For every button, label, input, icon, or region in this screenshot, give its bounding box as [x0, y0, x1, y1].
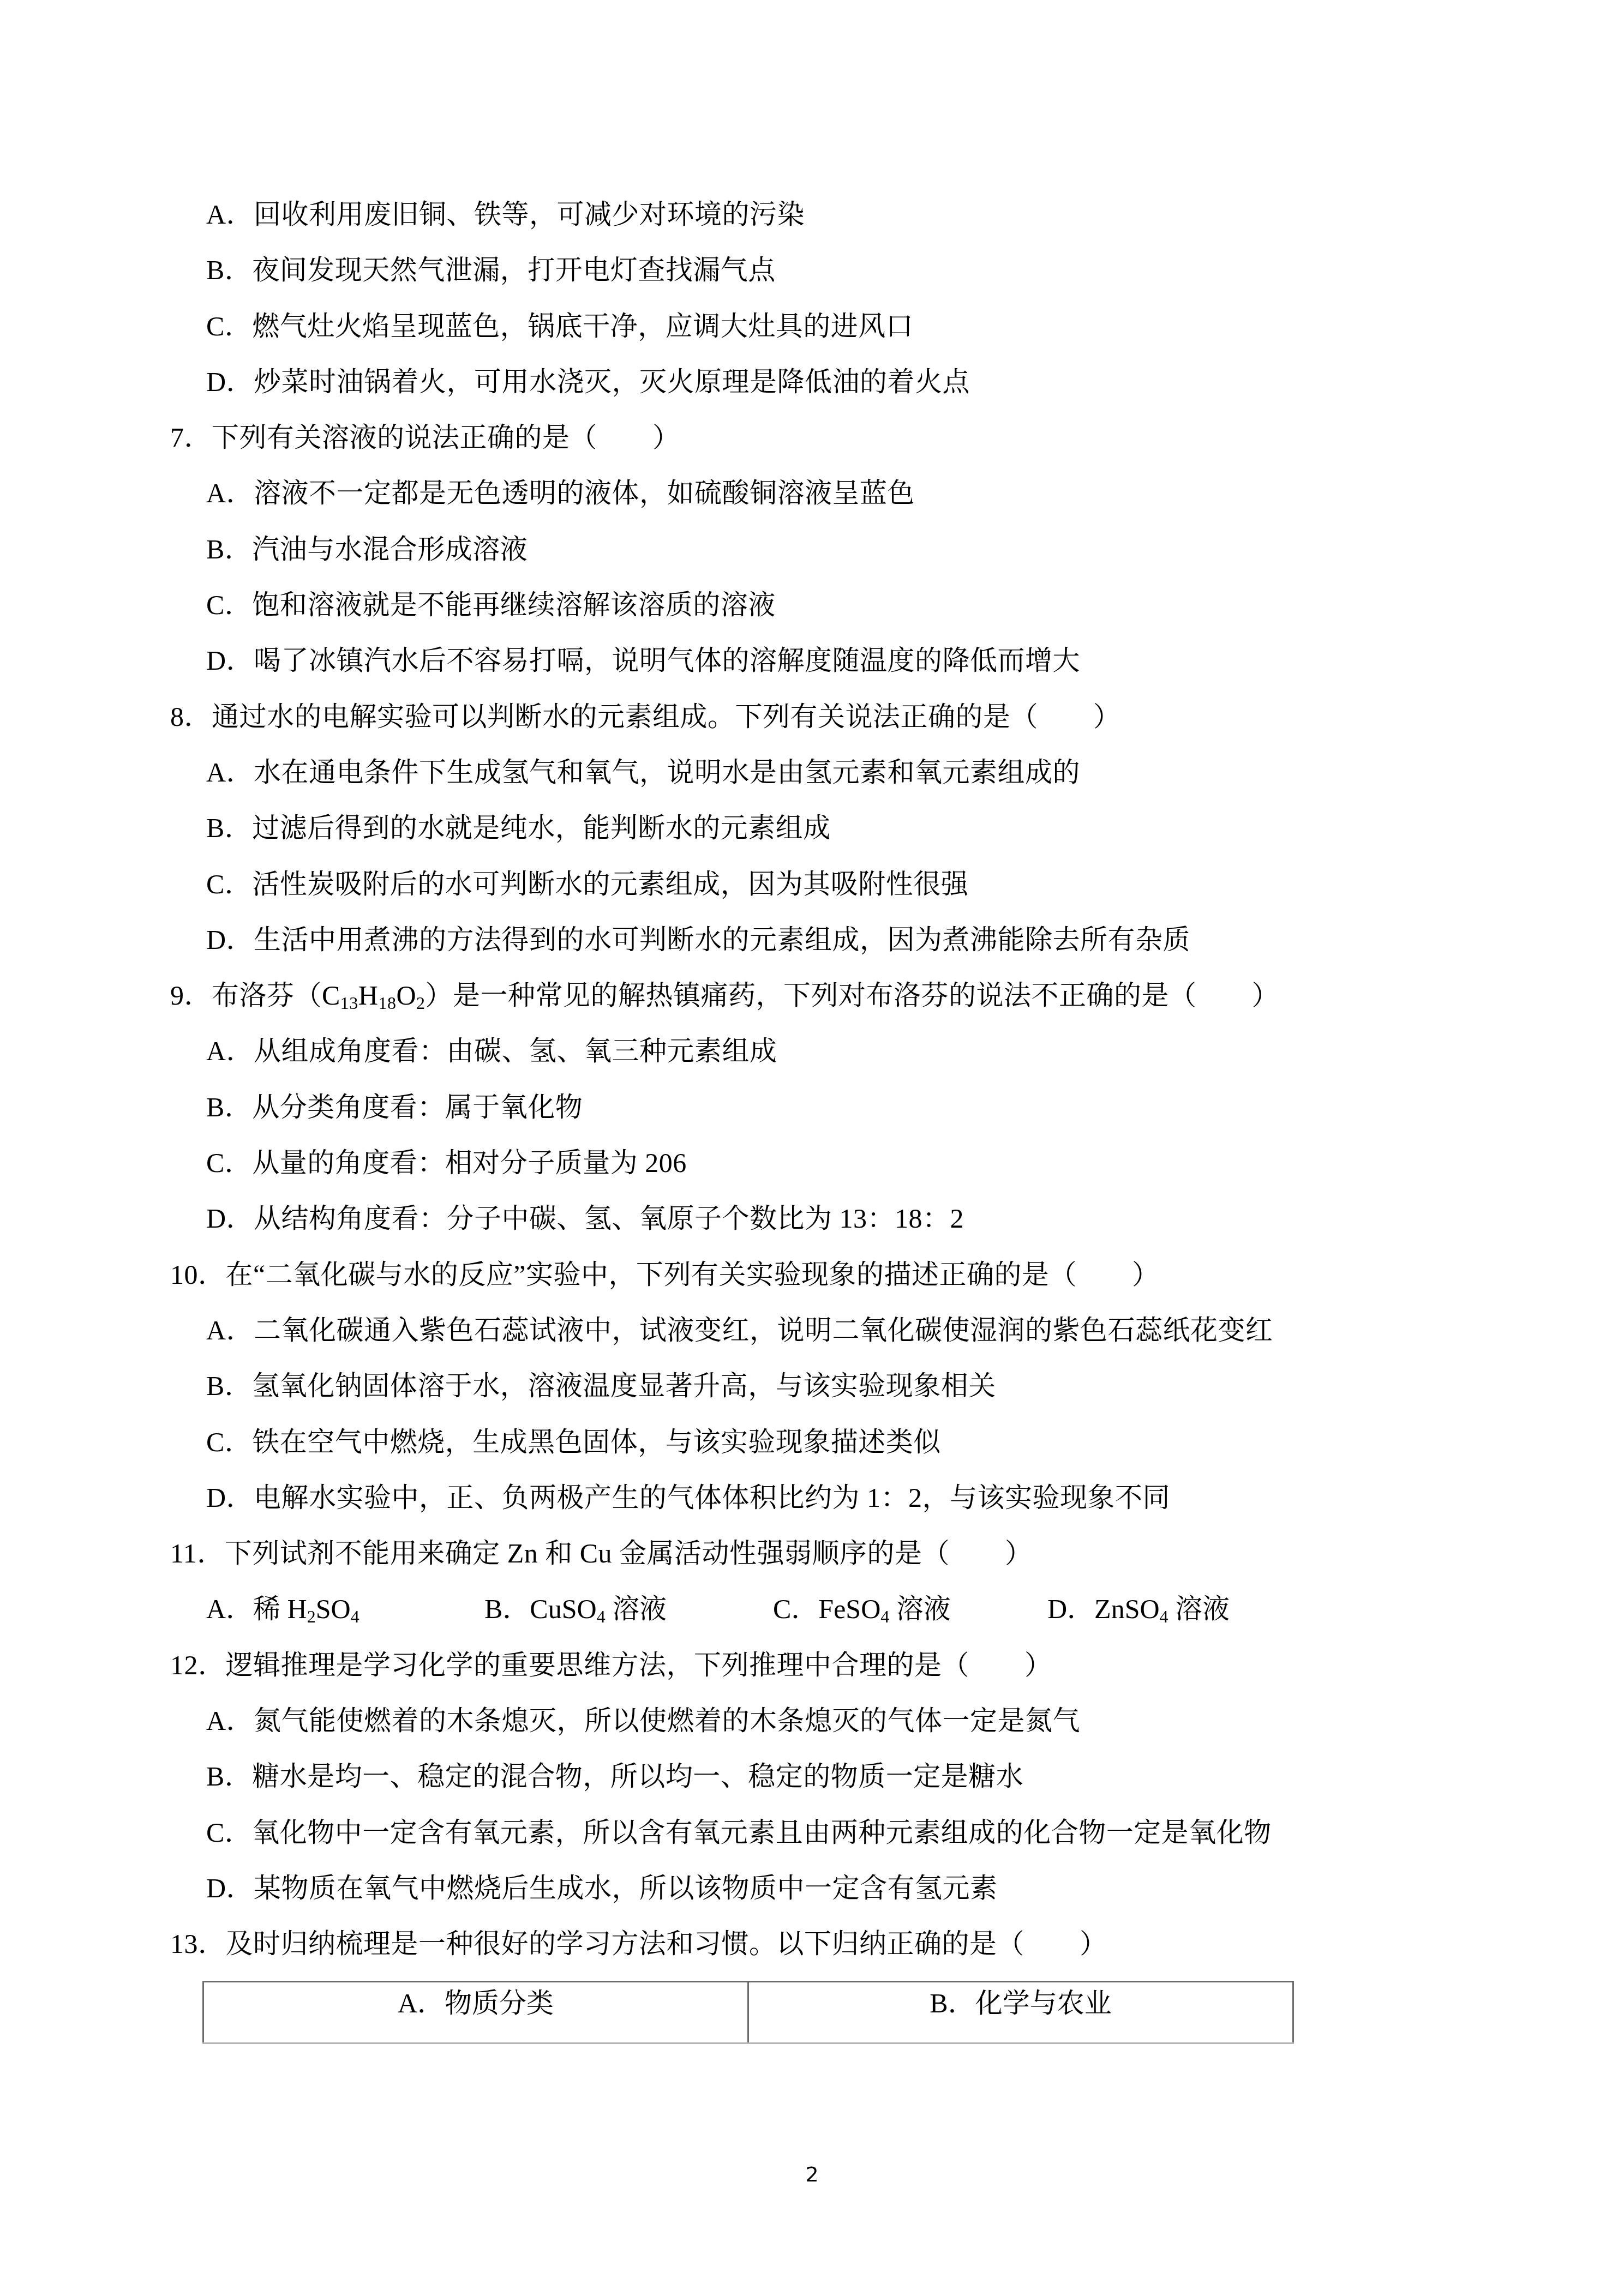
option-7c: C．饱和溶液就是不能再继续溶解该溶质的溶液	[170, 577, 1370, 633]
question-7-stem: 7．下列有关溶液的说法正确的是（ ）	[170, 410, 1370, 465]
option-8d: D．生活中用煮沸的方法得到的水可判断水的元素组成，因为煮沸能除去所有杂质	[170, 912, 1370, 967]
question-11-stem: 11．下列试剂不能用来确定 Zn 和 Cu 金属活动性强弱顺序的是（ ）	[170, 1525, 1370, 1581]
question-13-table: A．物质分类 B．化学与农业	[202, 1981, 1294, 2044]
option-11a: A．稀 H2SO4	[206, 1581, 359, 1637]
question-13: 13．及时归纳梳理是一种很好的学习方法和习惯。以下归纳正确的是（ ）	[170, 1916, 1370, 1972]
option-11d: D．ZnSO4 溶液	[1047, 1581, 1230, 1637]
question-8: 8．通过水的电解实验可以判断水的元素组成。下列有关说法正确的是（ ） A．水在通…	[170, 689, 1370, 967]
question-8-stem: 8．通过水的电解实验可以判断水的元素组成。下列有关说法正确的是（ ）	[170, 689, 1370, 744]
option-12c: C．氧化物中一定含有氧元素，所以含有氧元素且由两种元素组成的化合物一定是氧化物	[170, 1805, 1370, 1860]
table-cell-b-header: B．化学与农业	[748, 1982, 1293, 2043]
question-11: 11．下列试剂不能用来确定 Zn 和 Cu 金属活动性强弱顺序的是（ ） A．稀…	[170, 1525, 1370, 1637]
question-10: 10．在“二氧化碳与水的反应”实验中，下列有关实验现象的描述正确的是（ ） A．…	[170, 1247, 1370, 1525]
question-9: 9．布洛芬（C13H18O2）是一种常见的解热镇痛药，下列对布洛芬的说法不正确的…	[170, 967, 1370, 1246]
option-6d: D．炒菜时油锅着火，可用水浇灭，灭火原理是降低油的着火点	[170, 354, 1370, 410]
question-9-stem: 9．布洛芬（C13H18O2）是一种常见的解热镇痛药，下列对布洛芬的说法不正确的…	[170, 967, 1370, 1023]
table-row: A．物质分类 B．化学与农业	[203, 1982, 1293, 2043]
option-7b: B．汽油与水混合形成溶液	[170, 521, 1370, 577]
option-6c: C．燃气灶火焰呈现蓝色，锅底干净，应调大灶具的进风口	[170, 298, 1370, 354]
question-7: 7．下列有关溶液的说法正确的是（ ） A．溶液不一定都是无色透明的液体，如硫酸铜…	[170, 410, 1370, 688]
option-10c: C．铁在空气中燃烧，生成黑色固体，与该实验现象描述类似	[170, 1414, 1370, 1470]
option-6a: A．回收利用废旧铜、铁等，可减少对环境的污染	[170, 187, 1370, 242]
question-12: 12．逻辑推理是学习化学的重要思维方法，下列推理中合理的是（ ） A．氮气能使燃…	[170, 1637, 1370, 1916]
option-7d: D．喝了冰镇汽水后不容易打嗝，说明气体的溶解度随温度的降低而增大	[170, 633, 1370, 688]
option-11b: B．CuSO4 溶液	[484, 1581, 667, 1637]
question-6-options: A．回收利用废旧铜、铁等，可减少对环境的污染 B．夜间发现天然气泄漏，打开电灯查…	[170, 187, 1370, 410]
option-9d: D．从结构角度看：分子中碳、氢、氧原子个数比为 13：18：2	[170, 1191, 1370, 1246]
exam-page: A．回收利用废旧铜、铁等，可减少对环境的污染 B．夜间发现天然气泄漏，打开电灯查…	[0, 0, 1624, 2296]
option-6b: B．夜间发现天然气泄漏，打开电灯查找漏气点	[170, 242, 1370, 298]
page-number: 2	[0, 2161, 1624, 2188]
table-cell-a-header: A．物质分类	[203, 1982, 748, 2043]
option-7a: A．溶液不一定都是无色透明的液体，如硫酸铜溶液呈蓝色	[170, 465, 1370, 521]
option-8c: C．活性炭吸附后的水可判断水的元素组成，因为其吸附性很强	[170, 856, 1370, 912]
option-10d: D．电解水实验中，正、负两极产生的气体体积比约为 1：2，与该实验现象不同	[170, 1470, 1370, 1525]
option-9c: C．从量的角度看：相对分子质量为 206	[170, 1135, 1370, 1191]
option-12b: B．糖水是均一、稳定的混合物，所以均一、稳定的物质一定是糖水	[170, 1748, 1370, 1804]
question-11-options-row: A．稀 H2SO4 B．CuSO4 溶液 C．FeSO4 溶液 D．ZnSO4 …	[170, 1581, 1370, 1637]
option-9a: A．从组成角度看：由碳、氢、氧三种元素组成	[170, 1023, 1370, 1079]
option-12a: A．氮气能使燃着的木条熄灭，所以使燃着的木条熄灭的气体一定是氮气	[170, 1693, 1370, 1748]
option-10b: B．氢氧化钠固体溶于水，溶液温度显著升高，与该实验现象相关	[170, 1358, 1370, 1414]
option-8a: A．水在通电条件下生成氢气和氧气，说明水是由氢元素和氧元素组成的	[170, 744, 1370, 800]
option-10a: A．二氧化碳通入紫色石蕊试液中，试液变红，说明二氧化碳使湿润的紫色石蕊纸花变红	[170, 1302, 1370, 1358]
option-8b: B．过滤后得到的水就是纯水，能判断水的元素组成	[170, 800, 1370, 856]
question-12-stem: 12．逻辑推理是学习化学的重要思维方法，下列推理中合理的是（ ）	[170, 1637, 1370, 1693]
question-13-stem: 13．及时归纳梳理是一种很好的学习方法和习惯。以下归纳正确的是（ ）	[170, 1916, 1370, 1972]
questions-content: A．回收利用废旧铜、铁等，可减少对环境的污染 B．夜间发现天然气泄漏，打开电灯查…	[170, 187, 1370, 1972]
option-12d: D．某物质在氧气中燃烧后生成水，所以该物质中一定含有氢元素	[170, 1860, 1370, 1916]
option-11c: C．FeSO4 溶液	[773, 1581, 951, 1637]
question-10-stem: 10．在“二氧化碳与水的反应”实验中，下列有关实验现象的描述正确的是（ ）	[170, 1247, 1370, 1302]
option-9b: B．从分类角度看：属于氧化物	[170, 1079, 1370, 1135]
